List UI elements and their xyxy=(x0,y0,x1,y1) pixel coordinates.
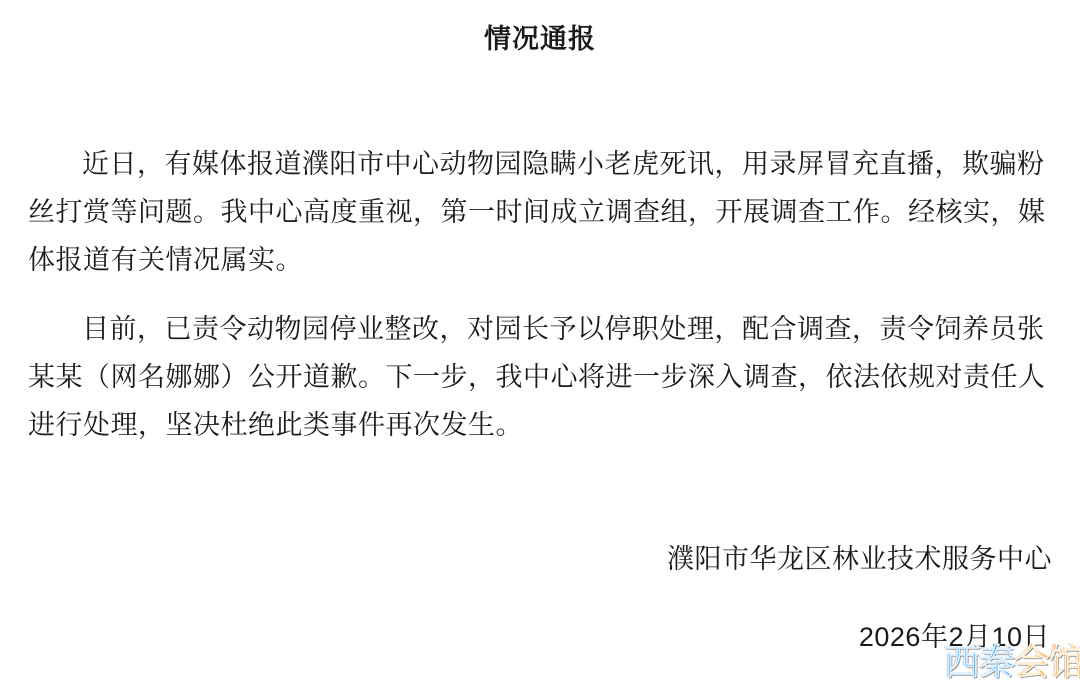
document-body: 近日，有媒体报道濮阳市中心动物园隐瞒小老虎死讯，用录屏冒充直播，欺骗粉丝打赏等问… xyxy=(0,140,1080,449)
notice-document: 情况通报 近日，有媒体报道濮阳市中心动物园隐瞒小老虎死讯，用录屏冒充直播，欺骗粉… xyxy=(0,0,1080,683)
paragraph-2: 目前，已责令动物园停业整改，对园长予以停职处理，配合调查，责令饲养员张某某（网名… xyxy=(28,305,1052,449)
issuing-authority: 濮阳市华龙区林业技术服务中心 xyxy=(0,535,1080,583)
watermark-text-blue: 西秦 xyxy=(944,641,1014,682)
document-date: 2026年2月10日 xyxy=(0,613,1080,661)
paragraph-1: 近日，有媒体报道濮阳市中心动物园隐瞒小老虎死讯，用录屏冒充直播，欺骗粉丝打赏等问… xyxy=(28,140,1052,284)
site-watermark-logo: 西秦会馆 xyxy=(944,642,1080,682)
document-title: 情况通报 xyxy=(0,0,1080,54)
watermark-text-orange: 会馆 xyxy=(1014,641,1080,682)
